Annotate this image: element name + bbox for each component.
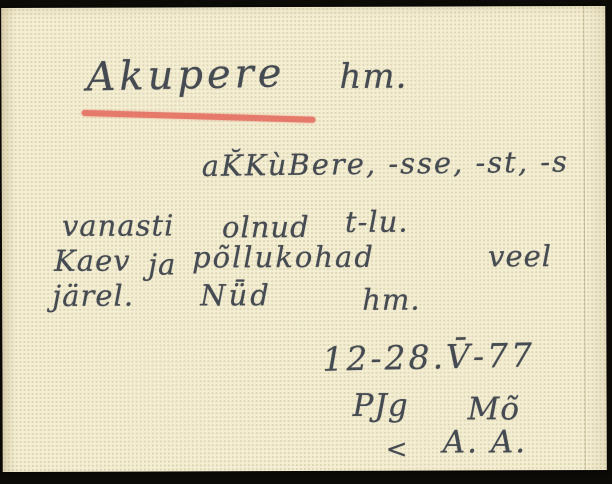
body-word: ja [148, 247, 176, 281]
red-underline-mark [82, 110, 316, 123]
body-word: järel. [52, 279, 134, 313]
collector-initials: A. A. [443, 424, 527, 460]
index-card: Akupere hm. aK̆KùBere, -sse, -st, -s van… [1, 6, 607, 472]
place-abbreviation: Mõ [468, 391, 521, 427]
place-name-title: Akupere [86, 50, 286, 100]
phonetic-transcription: aK̆KùBere, -sse, -st, -s [202, 144, 570, 182]
body-word: põllukohad [192, 240, 375, 275]
parish-abbreviation: PJg [353, 388, 409, 424]
title-abbreviation: hm. [339, 57, 407, 97]
survey-date: 12-28.V̄-77 [322, 335, 535, 378]
body-word: Kaev [54, 244, 131, 278]
body-word: t-lu. [345, 205, 409, 239]
body-word: Nǖd [200, 278, 272, 312]
body-word: veel [488, 239, 552, 273]
body-word: hm. [362, 283, 421, 317]
card-edge-line [583, 6, 586, 470]
card-scan-photo: Akupere hm. aK̆KùBere, -sse, -st, -s van… [0, 0, 612, 484]
derivation-mark: < [386, 435, 409, 465]
body-word: vanasti [62, 208, 175, 242]
